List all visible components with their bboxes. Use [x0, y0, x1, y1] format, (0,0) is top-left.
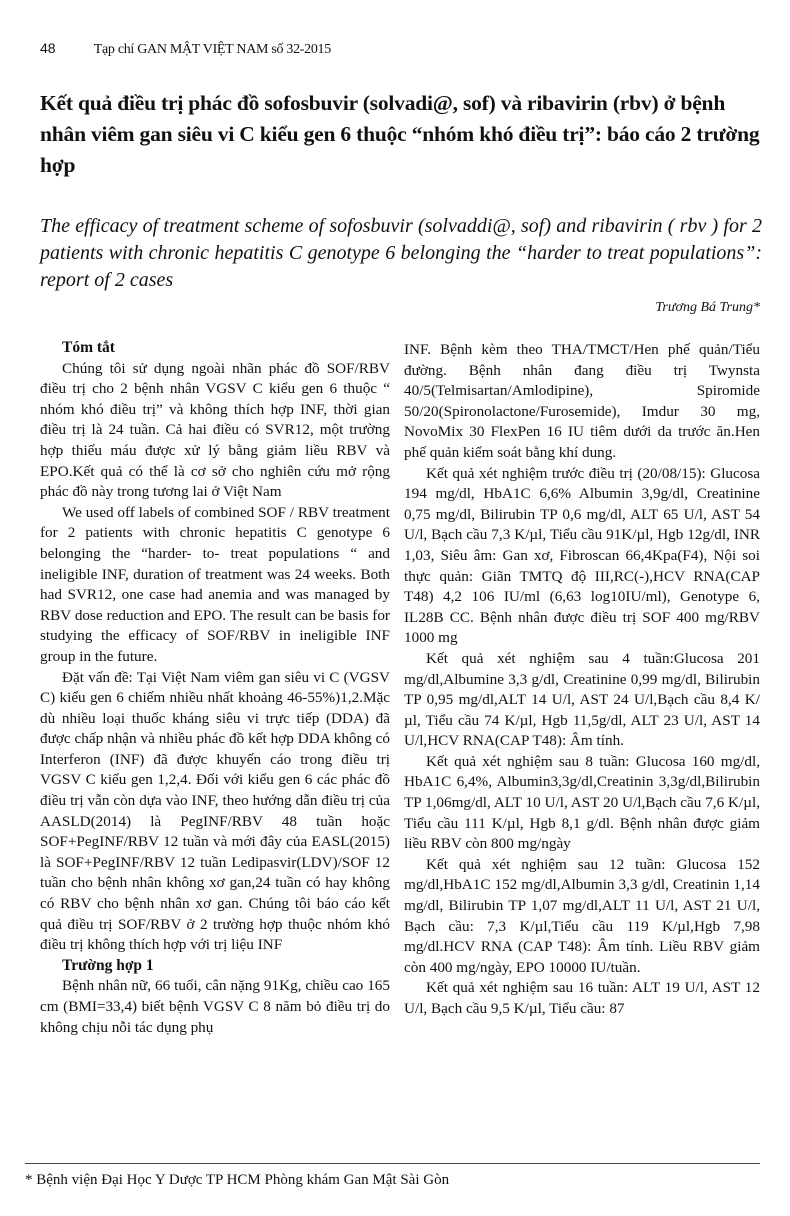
left-column: Tóm tắt Chúng tôi sử dụng ngoài nhãn phá… [40, 338, 390, 1038]
running-header: 48 Tạp chí GAN MẬT VIỆT NAM số 32-2015 [40, 40, 331, 58]
case-heading: Trường hợp 1 [40, 956, 390, 977]
author: Trương Bá Trung* [655, 300, 760, 316]
journal-name: Tạp chí GAN MẬT VIỆT NAM số 32-2015 [94, 42, 331, 57]
baseline-labs-paragraph: Kết quả xét nghiệm trước điều trị (20/08… [404, 464, 760, 649]
page-number: 48 [40, 40, 90, 56]
week12-labs-paragraph: Kết quả xét nghiệm sau 12 tuần: Glucosa … [404, 855, 760, 979]
week16-labs-paragraph: Kết quả xét nghiệm sau 16 tuần: ALT 19 U… [404, 978, 760, 1019]
introduction: Đặt vấn đề: Tại Việt Nam viêm gan siêu v… [40, 668, 390, 956]
comorbidity-paragraph: INF. Bệnh kèm theo THA/TMCT/Hen phế quản… [404, 340, 760, 464]
abstract-vietnamese: Chúng tôi sử dụng ngoài nhãn phác đồ SOF… [40, 359, 390, 503]
footnote: * Bệnh viện Đại Học Y Dược TP HCM Phòng … [25, 1172, 449, 1189]
title-vietnamese: Kết quả điều trị phác đồ sofosbuvir (sol… [40, 88, 762, 181]
right-column: INF. Bệnh kèm theo THA/TMCT/Hen phế quản… [404, 340, 760, 1020]
footnote-divider [25, 1163, 760, 1164]
week8-labs-paragraph: Kết quả xét nghiệm sau 8 tuần: Glucosa 1… [404, 752, 760, 855]
abstract-heading: Tóm tắt [40, 338, 390, 359]
case-description: Bệnh nhân nữ, 66 tuổi, cân nặng 91Kg, ch… [40, 976, 390, 1038]
title-english: The efficacy of treatment scheme of sofo… [40, 213, 762, 294]
week4-labs-paragraph: Kết quả xét nghiệm sau 4 tuần:Glucosa 20… [404, 649, 760, 752]
abstract-english: We used off labels of combined SOF / RBV… [40, 503, 390, 668]
